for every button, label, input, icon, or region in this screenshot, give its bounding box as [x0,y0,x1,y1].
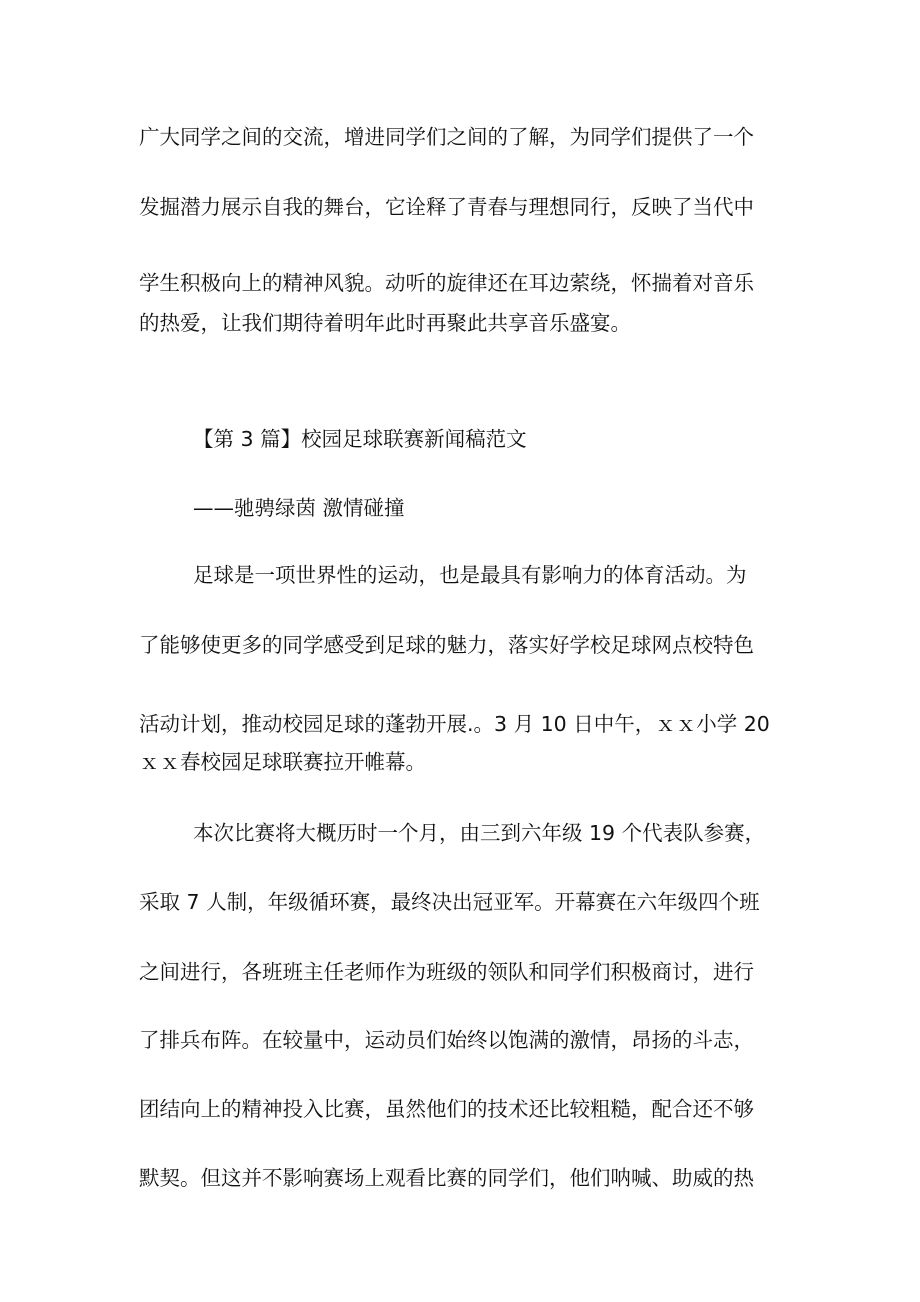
text-line: 采取 7 人制，年级循环赛，最终决出冠亚军。开幕赛在六年级四个班 [139,888,760,916]
text-line: 发掘潜力展示自我的舞台，它诠释了青春与理想同行，反映了当代中 [139,193,754,221]
text-line: 了能够使更多的同学感受到足球的魅力，落实好学校足球网点校特色 [139,631,754,659]
text-line: 学生积极向上的精神风貌。动听的旋律还在耳边萦绕，怀揣着对音乐 [139,269,754,297]
text-line: 活动计划，推动校园足球的蓬勃开展.。3 月 10 日中午，ｘｘ小学 20 [139,710,770,738]
section-title: 【第 3 篇】校园足球联赛新闻稿范文 [193,425,527,453]
text-line: 足球是一项世界性的运动，也是最具有影响力的体育活动。为 [193,561,747,589]
text-line: 默契。但这并不影响赛场上观看比赛的同学们，他们呐喊、助威的热 [139,1164,754,1192]
text-line: 之间进行，各班班主任老师作为班级的领队和同学们积极商讨，进行 [139,958,754,986]
text-line: 的热爱，让我们期待着明年此时再聚此共享音乐盛宴。 [139,309,631,337]
text-line: ｘｘ春校园足球联赛拉开帷幕。 [139,748,426,776]
text-line: 团结向上的精神投入比赛，虽然他们的技术还比较粗糙，配合还不够 [139,1095,754,1123]
text-line: 广大同学之间的交流，增进同学们之间的了解，为同学们提供了一个 [139,123,754,151]
text-line: 了排兵布阵。在较量中，运动员们始终以饱满的激情，昂扬的斗志， [139,1026,754,1054]
section-subtitle: ——驰骋绿茵 激情碰撞 [193,494,405,522]
text-line: 本次比赛将大概历时一个月，由三到六年级 19 个代表队参赛， [193,819,765,847]
